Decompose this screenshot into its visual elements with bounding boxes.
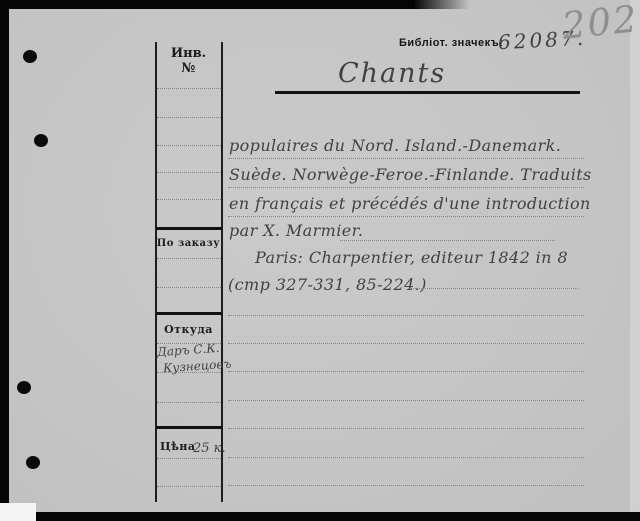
ruled-line xyxy=(228,485,584,486)
ruled-line xyxy=(157,343,221,344)
ruled-line xyxy=(228,187,584,188)
ruled-line xyxy=(228,400,584,401)
ruled-line xyxy=(157,458,221,459)
punch-hole xyxy=(17,381,31,394)
order-label: По заказу xyxy=(156,238,221,249)
ruled-line xyxy=(157,486,221,487)
handwritten-line: Suède. Norwège-Feroe.-Finlande. Traduits xyxy=(229,165,592,184)
section-divider xyxy=(156,312,222,315)
ruled-line xyxy=(228,371,584,372)
library-mark-label: Библіот. значекъ: xyxy=(399,37,503,49)
scanned-catalog-card: Инв. № По заказу Откуда Цѣна Даръ С.К. К… xyxy=(0,0,640,521)
ruled-line xyxy=(228,457,584,458)
pencil-page-number: 202 xyxy=(560,0,640,48)
table-vline-right xyxy=(221,42,223,502)
ruled-line xyxy=(228,158,584,159)
card-right-edge xyxy=(630,0,640,514)
handwritten-line: par X. Marmier. xyxy=(229,221,363,240)
ruled-line xyxy=(228,315,584,316)
punch-hole xyxy=(23,50,37,63)
ruled-line xyxy=(408,288,578,289)
ruled-line xyxy=(157,172,221,173)
origin-label: Откуда xyxy=(156,323,221,336)
table-vline-left xyxy=(155,42,157,502)
ruled-line xyxy=(340,240,555,241)
card-title: Chants xyxy=(338,58,446,89)
ruled-line xyxy=(157,372,221,373)
price-value: 25 к. xyxy=(193,441,226,456)
scan-edge-bottom xyxy=(35,512,640,521)
ruled-line xyxy=(228,216,584,217)
ruled-line xyxy=(157,88,221,89)
punch-hole xyxy=(34,134,48,147)
punch-hole xyxy=(26,456,40,469)
handwritten-line: (стр 327-331, 85-224.) xyxy=(228,275,427,294)
ruled-line xyxy=(157,199,221,200)
ruled-line xyxy=(157,287,221,288)
price-label: Цѣна xyxy=(160,440,196,453)
handwritten-line: Paris: Charpentier, editeur 1842 in 8 xyxy=(255,248,568,267)
scan-edge-left xyxy=(0,0,9,505)
ruled-line xyxy=(228,428,584,429)
scan-edge-top xyxy=(0,0,470,9)
inventory-label-line2: № xyxy=(156,61,221,76)
handwritten-line: en français et précédés d'une introducti… xyxy=(229,194,591,213)
scan-corner-gap xyxy=(0,503,36,521)
title-underline xyxy=(275,91,580,94)
section-divider xyxy=(156,227,222,230)
handwritten-line: populaires du Nord. Island.-Danemark. xyxy=(229,136,561,155)
ruled-line xyxy=(157,402,221,403)
ruled-line xyxy=(157,145,221,146)
section-divider xyxy=(156,426,222,429)
ruled-line xyxy=(157,117,221,118)
inventory-label-line1: Инв. xyxy=(156,46,221,61)
ruled-line xyxy=(157,258,221,259)
ruled-line xyxy=(228,343,584,344)
